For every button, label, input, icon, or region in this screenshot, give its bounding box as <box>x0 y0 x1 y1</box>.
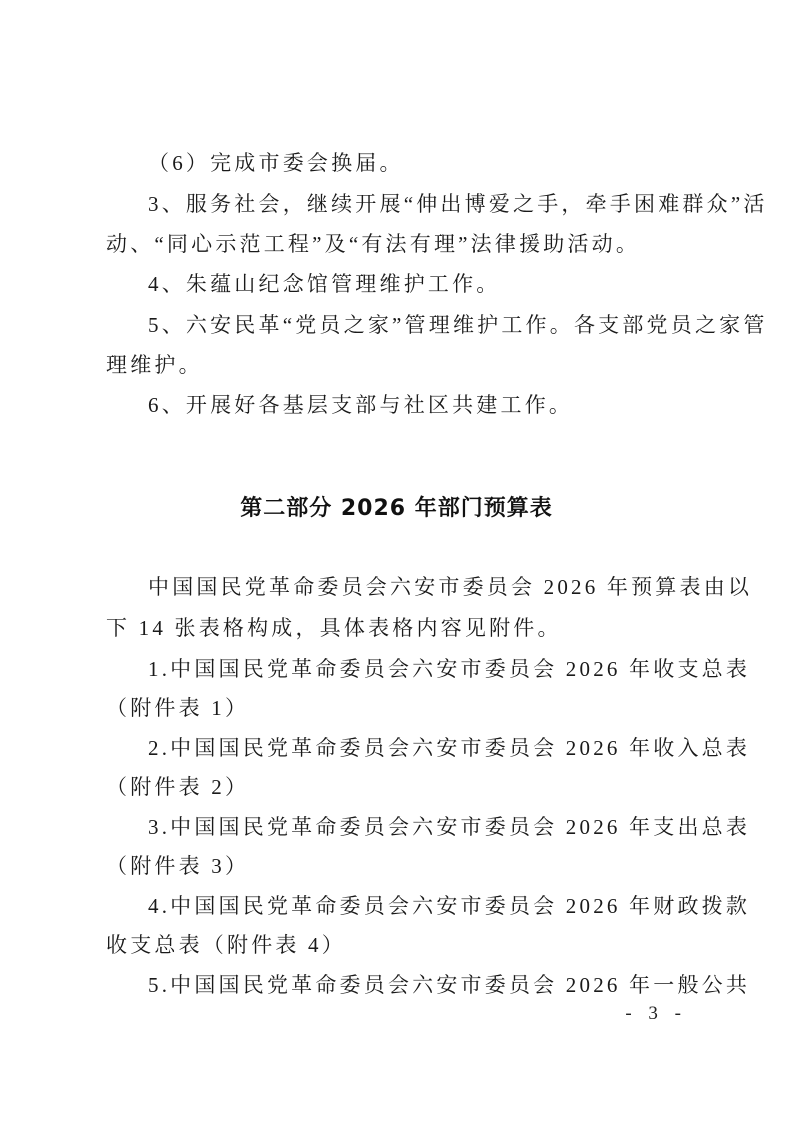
table-item-2-line-2: （附件表 2） <box>106 773 686 801</box>
table-item-1-line-2: （附件表 1） <box>106 694 686 722</box>
item-6-text: 6、开展好各基层支部与社区共建工作。 <box>148 391 686 419</box>
table-item-2-line-1: 2.中国国民党革命委员会六安市委员会 2026 年收入总表 <box>148 734 686 762</box>
item-5-line-2: 理维护。 <box>106 351 686 379</box>
item-4-text: 4、朱蕴山纪念馆管理维护工作。 <box>148 270 686 298</box>
page-number: - 3 - <box>625 1002 687 1026</box>
table-item-4-line-2: 收支总表（附件表 4） <box>106 931 686 959</box>
table-item-4-line-1: 4.中国国民党革命委员会六安市委员会 2026 年财政拨款 <box>148 892 686 920</box>
table-item-3-line-1: 3.中国国民党革命委员会六安市委员会 2026 年支出总表 <box>148 813 686 841</box>
item-6-sub-text: （6）完成市委会换届。 <box>148 149 686 177</box>
item-5-line-1: 5、六安民革“党员之家”管理维护工作。各支部党员之家管 <box>148 311 686 339</box>
intro-line-1: 中国国民党革命委员会六安市委员会 2026 年预算表由以 <box>148 573 686 601</box>
item-3-line-2: 动、“同心示范工程”及“有法有理”法律援助活动。 <box>106 230 686 258</box>
item-3-line-1: 3、服务社会，继续开展“伸出博爱之手，牵手困难群众”活 <box>148 190 686 218</box>
table-item-5-line-1: 5.中国国民党革命委员会六安市委员会 2026 年一般公共 <box>148 971 686 999</box>
section-heading: 第二部分 2026 年部门预算表 <box>0 494 793 524</box>
intro-line-2: 下 14 张表格构成，具体表格内容见附件。 <box>106 614 686 642</box>
table-item-3-line-2: （附件表 3） <box>106 852 686 880</box>
document-page: （6）完成市委会换届。 3、服务社会，继续开展“伸出博爱之手，牵手困难群众”活 … <box>0 0 793 1122</box>
table-item-1-line-1: 1.中国国民党革命委员会六安市委员会 2026 年收支总表 <box>148 655 686 683</box>
